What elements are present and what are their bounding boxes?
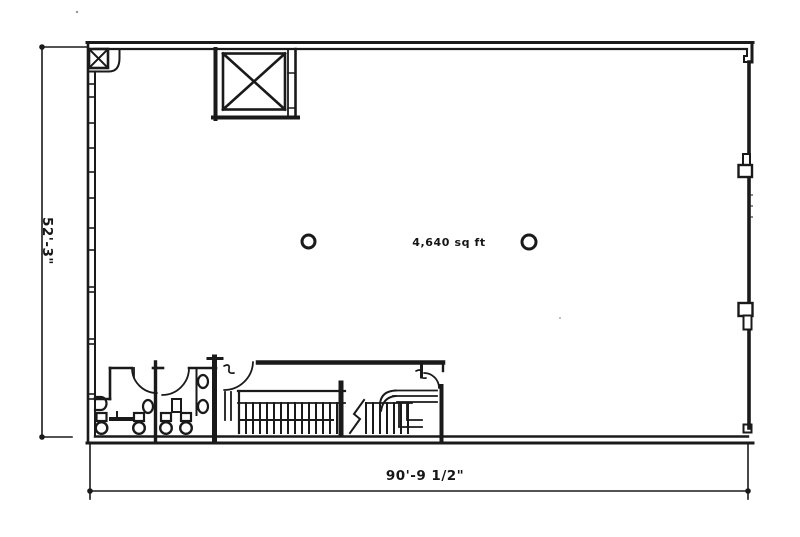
stair-treads	[246, 403, 337, 433]
toilet-icon	[160, 413, 172, 434]
sink-icon	[198, 400, 208, 413]
floor-plan-sheet: 4,640 sq ft	[0, 0, 800, 537]
standpipe-top-icon	[739, 154, 753, 177]
toilets	[96, 413, 192, 434]
break-line	[350, 400, 364, 433]
sink-icon	[143, 400, 153, 413]
stall-stub	[172, 399, 181, 412]
standpipe-bottom-icon	[739, 303, 753, 330]
scan-speck	[559, 317, 561, 319]
dimension-arrow	[39, 434, 45, 440]
dimension-bottom: 90'-9 1/2"	[87, 444, 751, 499]
floor-plan-drawing: 4,640 sq ft	[0, 0, 800, 537]
left-dimension-label: 52'-3"	[39, 217, 55, 265]
area-label: 4,640 sq ft	[412, 236, 486, 249]
column-marker-right	[522, 235, 536, 249]
toilet-icon	[96, 413, 108, 434]
toilet-icon	[133, 413, 145, 434]
scan-speck	[76, 11, 78, 13]
door-swing-arc	[162, 368, 189, 395]
restrooms	[95, 362, 216, 441]
stair-run-lower	[225, 383, 345, 433]
door-symbol	[224, 365, 234, 373]
elevator-shaft-icon	[213, 49, 298, 119]
toilet-icon	[180, 413, 192, 434]
dimension-arrow	[39, 44, 45, 50]
dimension-arrow	[745, 488, 751, 494]
corner-column-icon	[88, 49, 120, 72]
sink-icon	[198, 375, 208, 388]
door-swing-arc	[132, 368, 157, 393]
door-symbol	[416, 370, 426, 378]
dimension-left: 52'-3"	[39, 44, 87, 440]
dimension-arrow	[87, 488, 93, 494]
bottom-dimension-label: 90'-9 1/2"	[386, 468, 464, 484]
stair-treads	[366, 403, 408, 433]
column-marker-left	[302, 235, 315, 248]
door-swing-arc	[424, 373, 439, 388]
